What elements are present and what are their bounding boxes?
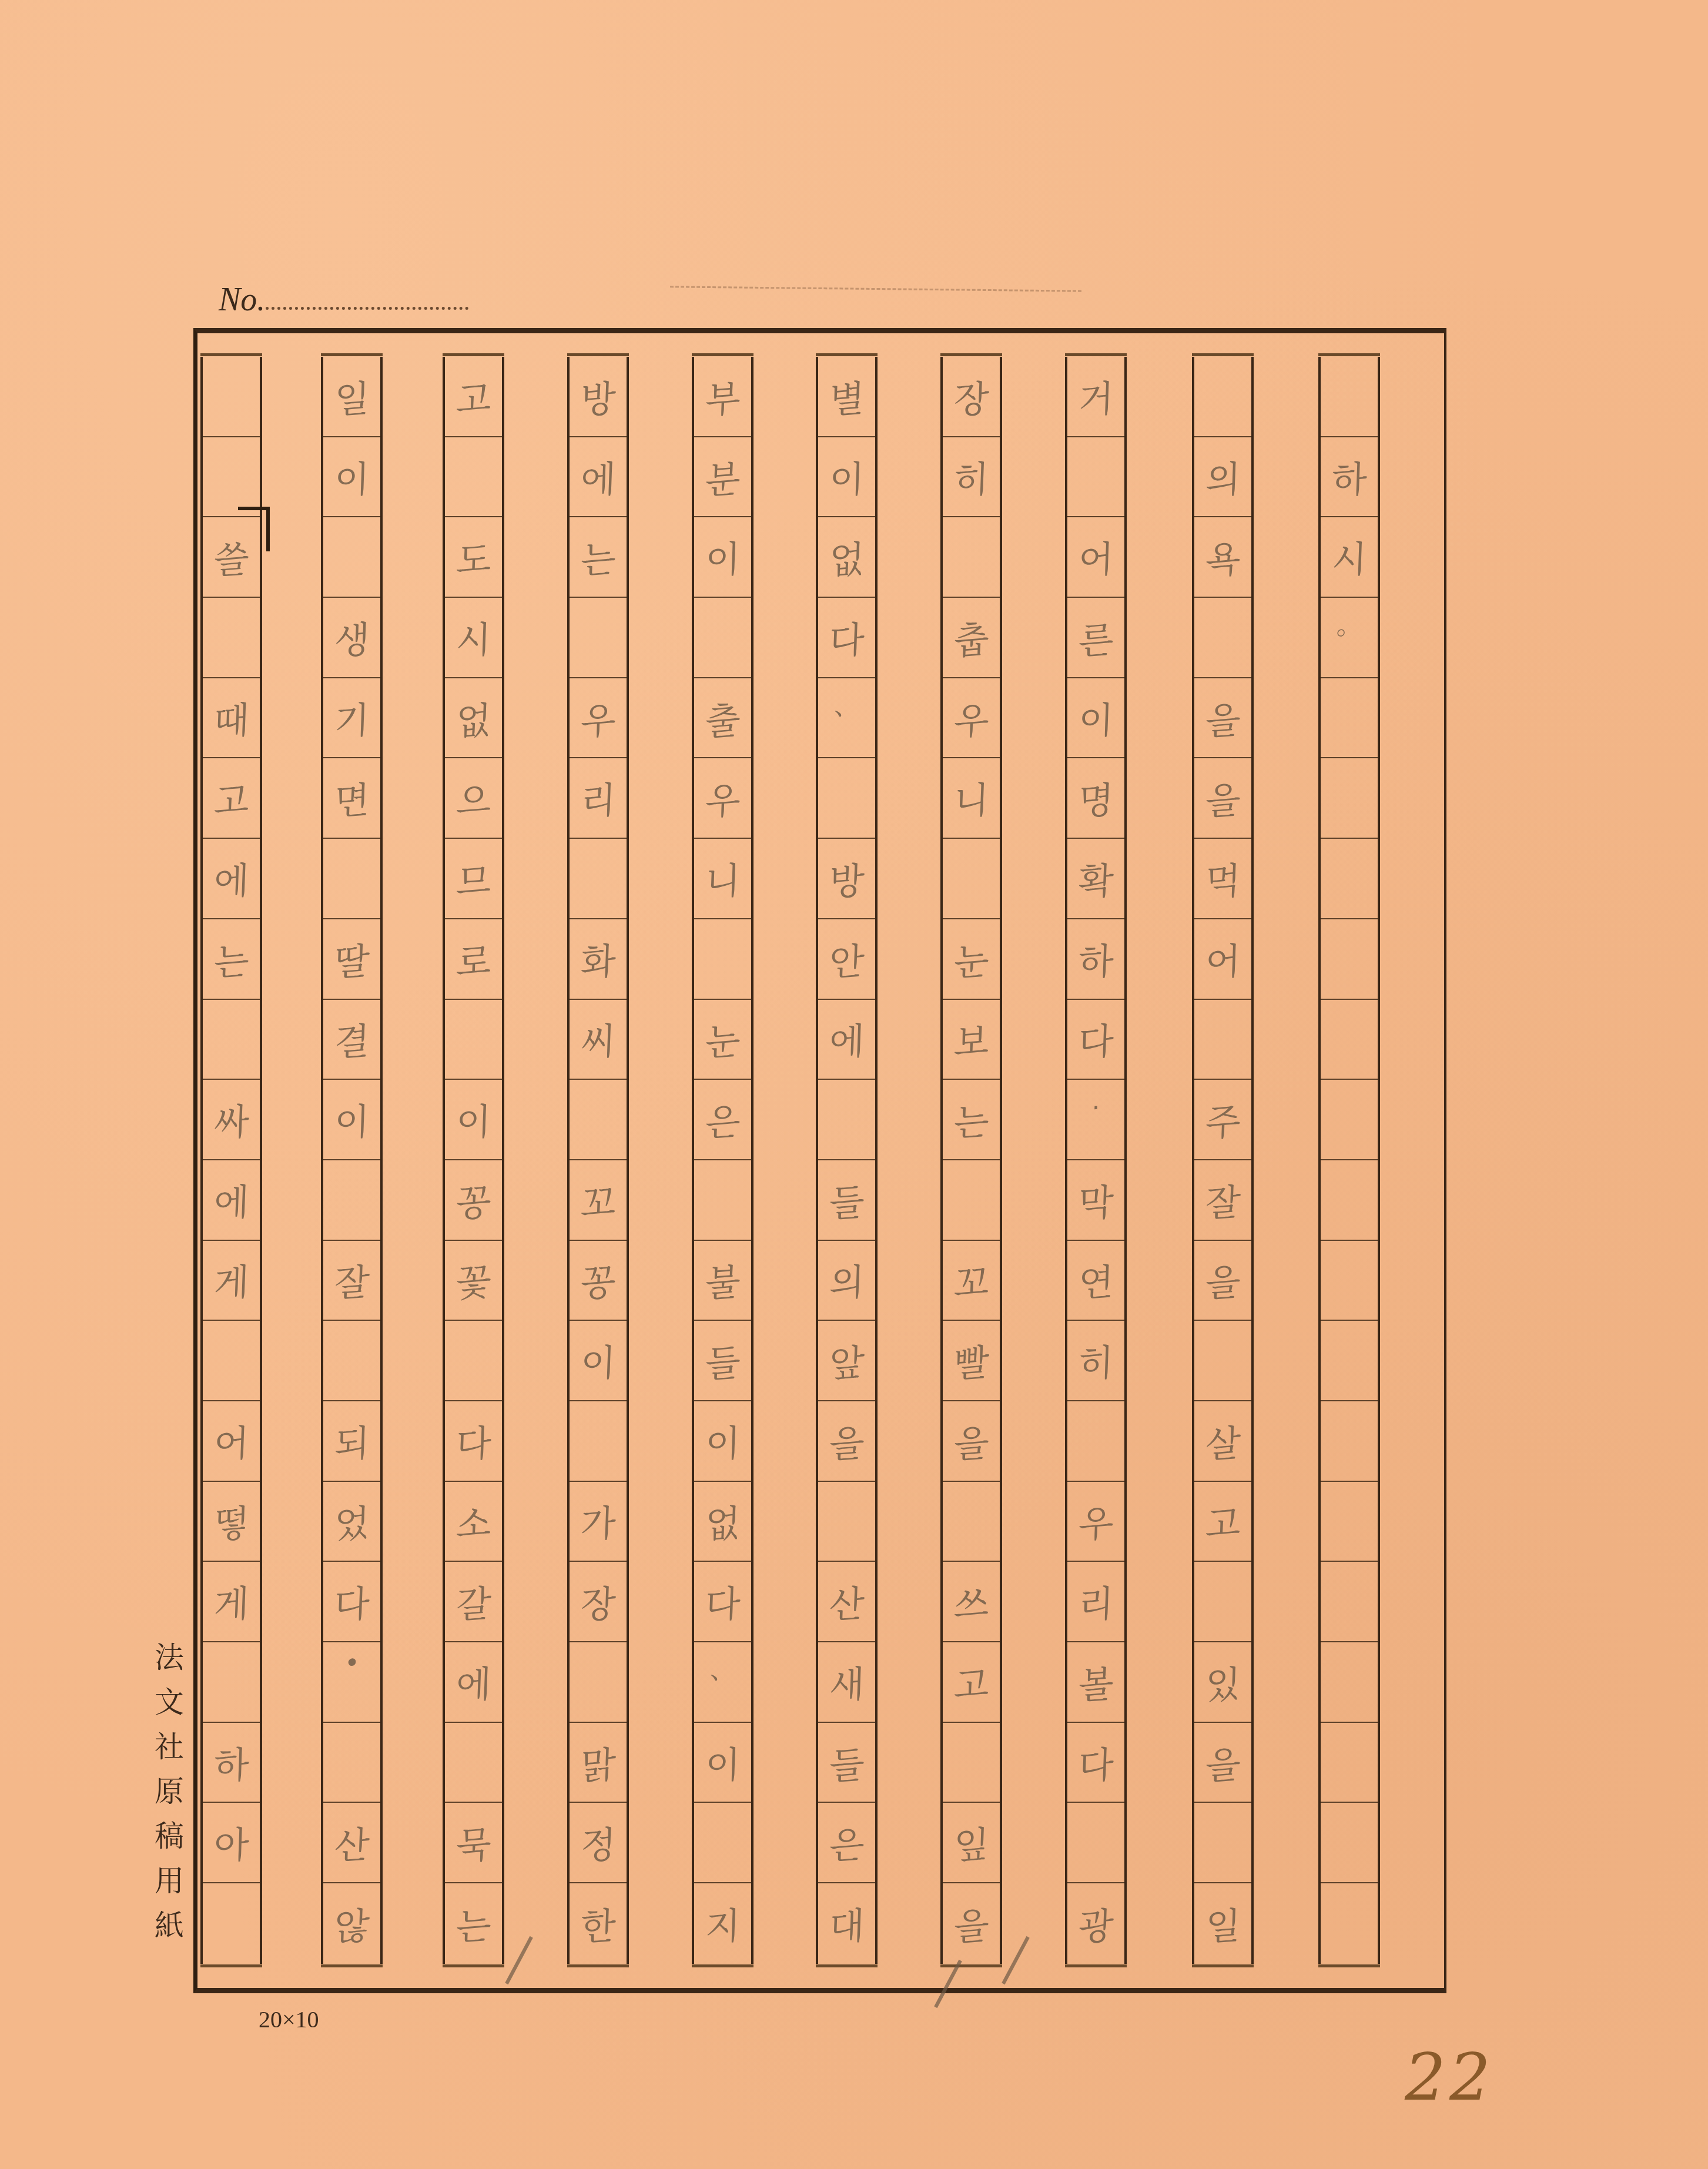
sheet-number-label: No.: [219, 281, 265, 319]
manuscript-column: 별이없다、방안에들의앞을산새들은대: [816, 357, 878, 1964]
handwritten-character: 산: [333, 1815, 370, 1870]
handwritten-character: 정: [580, 1815, 617, 1870]
manuscript-cell: 소: [445, 1482, 502, 1562]
manuscript-cell: 갈: [445, 1562, 502, 1642]
handwritten-character: 하: [1077, 931, 1114, 986]
manuscript-cell: 이: [445, 1080, 502, 1160]
manuscript-cell: 먹: [1194, 839, 1251, 919]
manuscript-cell: [203, 1000, 260, 1080]
manuscript-cell: 결: [323, 1000, 380, 1080]
handwritten-character: 출: [704, 690, 741, 745]
manuscript-cell: 앞: [818, 1321, 875, 1401]
manuscript-cell: 볼: [1067, 1642, 1124, 1723]
manuscript-cell: 아: [203, 1803, 260, 1883]
manuscript-cell: [203, 1642, 260, 1723]
manuscript-cell: [818, 1080, 875, 1160]
handwritten-character: 하: [213, 1735, 250, 1790]
handwritten-character: 결: [333, 1012, 370, 1067]
paragraph-bracket-mark: [238, 507, 270, 551]
manuscript-cell: [1194, 1562, 1251, 1642]
manuscript-cell: 명: [1067, 758, 1124, 839]
handwritten-character: 다: [333, 1574, 370, 1629]
manuscript-cell: 대: [818, 1883, 875, 1964]
manuscript-cell: [570, 839, 627, 919]
manuscript-cell: 새: [818, 1642, 875, 1723]
handwritten-character: 에: [580, 449, 617, 504]
handwritten-character: 에: [828, 1012, 865, 1067]
handwritten-character: 되: [333, 1413, 370, 1468]
handwritten-character: 없: [704, 1494, 741, 1549]
handwritten-character: 눈: [704, 1012, 741, 1067]
handwritten-character: 가: [580, 1494, 617, 1549]
handwritten-character: 먹: [1204, 851, 1241, 906]
handwritten-character: 이: [704, 1413, 741, 1468]
manuscript-cell: [1067, 1401, 1124, 1482]
manuscript-cell: 이: [694, 1723, 751, 1803]
manuscript-cell: [1321, 1160, 1378, 1241]
manuscript-cell: 살: [1194, 1401, 1251, 1482]
manuscript-cell: [203, 1883, 260, 1964]
manuscript-column: 고도시없으므로이꽁꽃다소갈에묵는: [443, 357, 504, 1964]
handwritten-character: 니: [953, 771, 990, 826]
manuscript-cell: [1194, 1803, 1251, 1883]
sheet-number-dotted-line: [266, 307, 468, 310]
manuscript-cell: 산: [323, 1803, 380, 1883]
manuscript-cell: 없: [694, 1482, 751, 1562]
manuscript-cell: 게: [203, 1241, 260, 1321]
handwritten-character: 히: [1077, 1333, 1114, 1388]
manuscript-cell: 히: [1067, 1321, 1124, 1401]
manuscript-cell: 로: [445, 919, 502, 1000]
manuscript-column: 거어른이명확하다.막연히우리볼다광: [1065, 357, 1127, 1964]
manuscript-cell: 일: [1194, 1883, 1251, 1964]
manuscript-cell: [943, 517, 1000, 598]
manuscript-cell: 므: [445, 839, 502, 919]
manuscript-cell: 연: [1067, 1241, 1124, 1321]
handwritten-character: 다: [1077, 1012, 1114, 1067]
manuscript-cell: 주: [1194, 1080, 1251, 1160]
manuscript-column: 의욕을을먹어주잘을살고있을일: [1192, 357, 1254, 1964]
manuscript-cell: 는: [943, 1080, 1000, 1160]
handwritten-character: 씨: [580, 1012, 617, 1067]
manuscript-cell: 이: [694, 517, 751, 598]
handwritten-character: 니: [704, 851, 741, 906]
manuscript-cell: [570, 598, 627, 678]
manuscript-cell: 、: [694, 1642, 751, 1723]
manuscript-cell: [323, 839, 380, 919]
handwritten-character: 을: [1204, 771, 1241, 826]
manuscript-cell: 있: [1194, 1642, 1251, 1723]
manuscript-cell: 별: [818, 357, 875, 437]
manuscript-cell: 맑: [570, 1723, 627, 1803]
handwritten-character: 로: [455, 931, 492, 986]
manuscript-cell: [445, 437, 502, 518]
handwritten-character: 소: [455, 1494, 492, 1549]
manuscript-cell: 의: [818, 1241, 875, 1321]
manuscript-cell: 는: [570, 517, 627, 598]
manuscript-cell: 가: [570, 1482, 627, 1562]
manuscript-cell: 생: [323, 598, 380, 678]
handwritten-character: 기: [333, 690, 370, 745]
handwritten-character: 딸: [333, 931, 370, 986]
manuscript-cell: 들: [818, 1160, 875, 1241]
manuscript-cell: 쓰: [943, 1562, 1000, 1642]
manuscript-cell: 없: [445, 678, 502, 759]
manuscript-cell: 한: [570, 1883, 627, 1964]
manuscript-cell: [1321, 1241, 1378, 1321]
manuscript-cell: 꽁: [445, 1160, 502, 1241]
handwritten-character: 우: [580, 690, 617, 745]
handwritten-character: 안: [828, 931, 865, 986]
manuscript-column: 장히춥우니눈보는꼬빨을쓰고잎을: [940, 357, 1002, 1964]
side-title-character: 稿: [152, 1814, 187, 1859]
handwritten-character: 는: [580, 530, 617, 585]
manuscript-cell: 방: [818, 839, 875, 919]
manuscript-cell: 욕: [1194, 517, 1251, 598]
manuscript-cell: [694, 1160, 751, 1241]
handwritten-character: 거: [1077, 369, 1114, 424]
handwritten-character: 이: [704, 530, 741, 585]
manuscript-cell: 에: [570, 437, 627, 518]
manuscript-cell: 을: [943, 1883, 1000, 1964]
handwritten-character: 잎: [953, 1815, 990, 1870]
manuscript-cell: [445, 1000, 502, 1080]
manuscript-cell: 잎: [943, 1803, 1000, 1883]
manuscript-cell: [570, 1080, 627, 1160]
handwritten-character: 부: [704, 369, 741, 424]
manuscript-cell: [203, 357, 260, 437]
handwritten-character: 는: [953, 1092, 990, 1147]
handwritten-character: 에: [213, 851, 250, 906]
manuscript-cell: 하: [203, 1723, 260, 1803]
handwritten-character: 명: [1077, 771, 1114, 826]
manuscript-cell: 춥: [943, 598, 1000, 678]
handwritten-character: 다: [455, 1413, 492, 1468]
manuscript-cell: [323, 517, 380, 598]
manuscript-cell: [1194, 598, 1251, 678]
handwritten-character: 잘: [1204, 1172, 1241, 1227]
handwritten-character: 쓰: [953, 1574, 990, 1629]
manuscript-cell: •: [323, 1642, 380, 1723]
handwritten-character: 고: [1204, 1494, 1241, 1549]
manuscript-cell: [1321, 1321, 1378, 1401]
manuscript-cell: 눈: [943, 919, 1000, 1000]
handwritten-character: 이: [333, 1092, 370, 1147]
manuscript-cell: 지: [694, 1883, 751, 1964]
handwritten-character: 일: [1204, 1896, 1241, 1952]
handwritten-character: 보: [953, 1012, 990, 1067]
manuscript-cell: [1321, 839, 1378, 919]
handwritten-character: 앞: [828, 1333, 865, 1388]
handwritten-character: 묵: [455, 1815, 492, 1870]
manuscript-cell: 리: [570, 758, 627, 839]
handwritten-page-number: 22: [1405, 2040, 1494, 2115]
manuscript-cell: 기: [323, 678, 380, 759]
manuscript-cell: [1321, 919, 1378, 1000]
manuscript-cell: 었: [323, 1482, 380, 1562]
handwritten-character: 방: [580, 369, 617, 424]
manuscript-cell: 을: [1194, 758, 1251, 839]
manuscript-cell: 다: [818, 598, 875, 678]
handwritten-character: 생: [333, 610, 370, 665]
manuscript-cell: 리: [1067, 1562, 1124, 1642]
handwritten-character: 을: [953, 1413, 990, 1468]
handwritten-character: 한: [580, 1896, 617, 1952]
manuscript-cell: [1321, 1401, 1378, 1482]
manuscript-cell: [1321, 1642, 1378, 1723]
handwritten-character: 광: [1077, 1896, 1114, 1952]
manuscript-cell: [570, 1642, 627, 1723]
handwritten-character: 을: [1204, 1735, 1241, 1790]
manuscript-cell: 꽃: [445, 1241, 502, 1321]
manuscript-cell: 의: [1194, 437, 1251, 518]
grid-size-label: 20×10: [259, 2006, 319, 2033]
handwritten-character: 다: [704, 1574, 741, 1629]
manuscript-cell: 시: [445, 598, 502, 678]
manuscript-cell: [1321, 1883, 1378, 1964]
manuscript-cell: 면: [323, 758, 380, 839]
handwritten-character: 꽁: [455, 1172, 492, 1227]
handwritten-character: 우: [1077, 1494, 1114, 1549]
handwritten-character: 별: [828, 369, 865, 424]
manuscript-cell: 막: [1067, 1160, 1124, 1241]
handwritten-character: 게: [213, 1253, 250, 1308]
handwritten-character: 이: [1077, 690, 1114, 745]
handwritten-character: 꼬: [580, 1172, 617, 1227]
manuscript-cell: [1194, 357, 1251, 437]
handwritten-character: 은: [704, 1092, 741, 1147]
handwritten-character: 꽃: [455, 1253, 492, 1308]
handwritten-character: 춥: [953, 610, 990, 665]
handwritten-character: 주: [1204, 1092, 1241, 1147]
handwritten-character: 욕: [1204, 530, 1241, 585]
manuscript-cell: 히: [943, 437, 1000, 518]
manuscript-cell: 은: [694, 1080, 751, 1160]
manuscript-cell: 른: [1067, 598, 1124, 678]
handwritten-character: 우: [953, 690, 990, 745]
manuscript-cell: 없: [818, 517, 875, 598]
handwritten-character: 、: [709, 1647, 736, 1686]
handwritten-character: 들: [828, 1172, 865, 1227]
manuscript-cell: 니: [694, 839, 751, 919]
handwritten-character: 을: [1204, 1253, 1241, 1308]
manuscript-column: 부분이출우니눈은불들이없다、이지: [692, 357, 753, 1964]
manuscript-cell: 에: [203, 839, 260, 919]
side-title-character: 文: [152, 1680, 187, 1725]
handwritten-character: 이: [333, 449, 370, 504]
manuscript-cell: 을: [943, 1401, 1000, 1482]
handwritten-character: 의: [828, 1253, 865, 1308]
manuscript-cell: 하: [1067, 919, 1124, 1000]
manuscript-cell: 고: [943, 1642, 1000, 1723]
handwritten-character: 대: [828, 1896, 865, 1952]
manuscript-cell: [1321, 1482, 1378, 1562]
manuscript-cell: 고: [203, 758, 260, 839]
handwritten-character: 하: [1331, 449, 1368, 504]
handwritten-character: 다: [828, 610, 865, 665]
handwritten-character: 을: [828, 1413, 865, 1468]
handwritten-character: 으: [455, 771, 492, 826]
manuscript-cell: [943, 839, 1000, 919]
manuscript-cell: 잘: [1194, 1160, 1251, 1241]
manuscript-cell: [943, 1160, 1000, 1241]
manuscript-cell: 어: [1067, 517, 1124, 598]
manuscript-cell: 안: [818, 919, 875, 1000]
handwritten-character: 때: [213, 690, 250, 745]
handwritten-character: 맑: [580, 1735, 617, 1790]
manuscript-column: 쓸때고에는싸에게어떻게하아: [200, 357, 262, 1964]
manuscript-cell: 잘: [323, 1241, 380, 1321]
manuscript-cell: [818, 758, 875, 839]
manuscript-column: 하시。: [1318, 357, 1380, 1964]
manuscript-cell: 장: [570, 1562, 627, 1642]
manuscript-cell: 부: [694, 357, 751, 437]
manuscript-cell: 우: [943, 678, 1000, 759]
manuscript-cell: [203, 437, 260, 518]
manuscript-cell: [1067, 1803, 1124, 1883]
manuscript-cell: 않: [323, 1883, 380, 1964]
manuscript-cell: [1321, 1000, 1378, 1080]
handwritten-character: 고: [213, 771, 250, 826]
handwritten-character: .: [1091, 1086, 1101, 1116]
manuscript-cell: 는: [445, 1883, 502, 1964]
manuscript-cell: 을: [1194, 1723, 1251, 1803]
manuscript-cell: 。: [1321, 598, 1378, 678]
handwritten-character: 은: [828, 1815, 865, 1870]
handwritten-character: 시: [455, 610, 492, 665]
manuscript-cell: [943, 1482, 1000, 1562]
handwritten-character: 우: [704, 771, 741, 826]
manuscript-cell: [818, 1482, 875, 1562]
handwritten-character: 이: [455, 1092, 492, 1147]
manuscript-cell: [1321, 357, 1378, 437]
handwritten-character: 므: [455, 851, 492, 906]
manuscript-cell: 니: [943, 758, 1000, 839]
handwritten-character: 어: [1077, 530, 1114, 585]
manuscript-cell: [570, 1401, 627, 1482]
handwritten-character: 아: [213, 1815, 250, 1870]
handwritten-character: 산: [828, 1574, 865, 1629]
handwritten-character: 없: [828, 530, 865, 585]
manuscript-cell: 장: [943, 357, 1000, 437]
manuscript-cell: 은: [818, 1803, 875, 1883]
handwritten-character: 히: [953, 449, 990, 504]
handwritten-character: 에: [455, 1655, 492, 1710]
manuscript-cell: [694, 1803, 751, 1883]
manuscript-cell: 되: [323, 1401, 380, 1482]
side-title-character: 紙: [152, 1903, 187, 1948]
manuscript-cell: 확: [1067, 839, 1124, 919]
manuscript-cell: [1321, 1723, 1378, 1803]
manuscript-cell: 어: [1194, 919, 1251, 1000]
manuscript-cell: 들: [818, 1723, 875, 1803]
manuscript-cell: 도: [445, 517, 502, 598]
handwritten-character: 살: [1204, 1413, 1241, 1468]
manuscript-cell: 우: [1067, 1482, 1124, 1562]
manuscript-cell: [203, 1321, 260, 1401]
handwritten-character: 고: [953, 1655, 990, 1710]
handwritten-character: 이: [704, 1735, 741, 1790]
manuscript-cell: 이: [694, 1401, 751, 1482]
manuscript-cell: 고: [1194, 1482, 1251, 1562]
manuscript-cell: 딸: [323, 919, 380, 1000]
handwritten-character: 이: [580, 1333, 617, 1388]
manuscript-cell: 이: [323, 1080, 380, 1160]
manuscript-cell: [1321, 758, 1378, 839]
handwritten-character: 방: [828, 851, 865, 906]
handwritten-character: 들: [828, 1735, 865, 1790]
manuscript-cell: 을: [1194, 1241, 1251, 1321]
handwritten-character: 는: [213, 931, 250, 986]
handwritten-character: 게: [213, 1574, 250, 1629]
side-title-character: 用: [152, 1859, 187, 1903]
manuscript-cell: 눈: [694, 1000, 751, 1080]
manuscript-cell: [445, 1321, 502, 1401]
side-title-character: 法: [152, 1635, 187, 1680]
manuscript-cell: [1321, 1562, 1378, 1642]
manuscript-cell: [445, 1723, 502, 1803]
publisher-side-title: 法文社原稿用紙: [152, 1635, 187, 1948]
handwritten-character: 않: [333, 1896, 370, 1952]
manuscript-cell: 、: [818, 678, 875, 759]
manuscript-cell: 에: [445, 1642, 502, 1723]
manuscript-cell: 거: [1067, 357, 1124, 437]
manuscript-column: 방에는우리화씨꼬꽁이가장맑정한: [567, 357, 629, 1964]
handwritten-character: 볼: [1077, 1655, 1114, 1710]
manuscript-cell: 광: [1067, 1883, 1124, 1964]
handwritten-character: 빨: [953, 1333, 990, 1388]
manuscript-cell: 시: [1321, 517, 1378, 598]
handwritten-character: 갈: [455, 1574, 492, 1629]
manuscript-cell: 고: [445, 357, 502, 437]
manuscript-cell: 다: [694, 1562, 751, 1642]
handwritten-character: 다: [1077, 1735, 1114, 1790]
manuscript-cell: 출: [694, 678, 751, 759]
manuscript-cell: 꼬: [943, 1241, 1000, 1321]
manuscript-cell: [694, 919, 751, 1000]
side-title-character: 社: [152, 1725, 187, 1769]
handwritten-character: 새: [828, 1655, 865, 1710]
handwritten-character: 。: [1335, 602, 1362, 642]
manuscript-cell: [1321, 1803, 1378, 1883]
handwritten-character: 없: [455, 690, 492, 745]
handwritten-character: 막: [1077, 1172, 1114, 1227]
handwritten-character: 연: [1077, 1253, 1114, 1308]
manuscript-cell: [1194, 1321, 1251, 1401]
handwritten-character: 잘: [333, 1253, 370, 1308]
handwritten-character: 리: [1077, 1574, 1114, 1629]
manuscript-cell: 빨: [943, 1321, 1000, 1401]
manuscript-cell: 다: [445, 1401, 502, 1482]
manuscript-cell: [323, 1723, 380, 1803]
manuscript-cell: 정: [570, 1803, 627, 1883]
manuscript-cell: 에: [203, 1160, 260, 1241]
manuscript-cell: 들: [694, 1321, 751, 1401]
manuscript-cell: [943, 1723, 1000, 1803]
manuscript-cell: 묵: [445, 1803, 502, 1883]
manuscript-cell: 으: [445, 758, 502, 839]
manuscript-cell: [323, 1160, 380, 1241]
manuscript-cell: 방: [570, 357, 627, 437]
manuscript-cell: 다: [1067, 1000, 1124, 1080]
handwritten-character: 도: [455, 530, 492, 585]
manuscript-cell: 분: [694, 437, 751, 518]
handwritten-character: 일: [333, 369, 370, 424]
handwritten-character: 장: [953, 369, 990, 424]
manuscript-cell: [323, 1321, 380, 1401]
manuscript-cell: 꽁: [570, 1241, 627, 1321]
manuscript-cell: [1321, 1080, 1378, 1160]
